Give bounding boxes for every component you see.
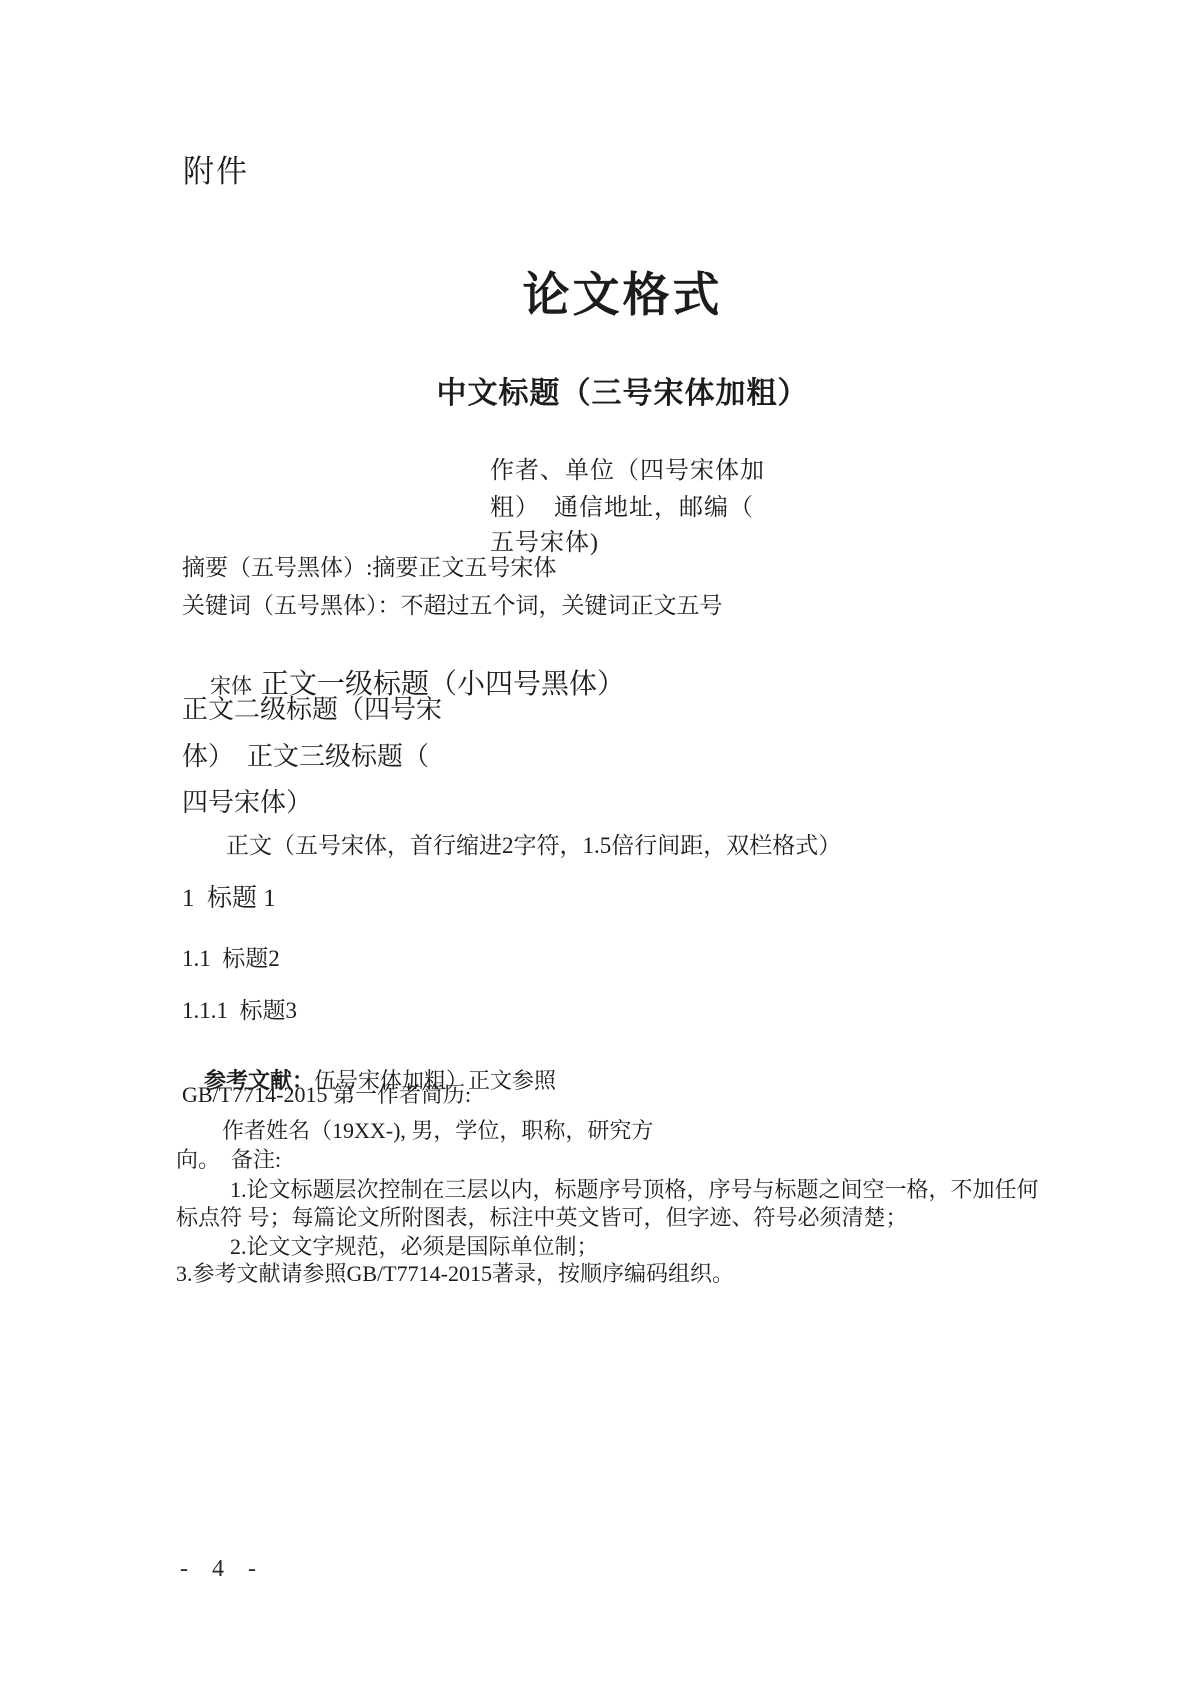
document-page: 附件 论文格式 中文标题（三号宋体加粗） 作者、单位（四号宋体加 粗） 通信地址…: [0, 0, 1200, 1697]
attachment-label: 附件: [183, 146, 249, 191]
level2-heading-line-1: 正文二级标题（四号宋: [182, 689, 442, 726]
gb-standard-line: GB/T7714-2015 第一作者简历:: [182, 1078, 471, 1109]
level2-heading-line-2: 体） 正文三级标题（: [182, 736, 429, 773]
author-block-line-1: 作者、单位（四号宋体加: [490, 450, 765, 485]
document-title: 论文格式: [40, 258, 1200, 325]
body-text-format-note: 正文（五号宋体，首行缩进2字符，1.5倍行间距，双栏格式）: [226, 827, 841, 860]
chinese-title-sample: 中文标题（三号宋体加粗）: [40, 368, 1200, 412]
author-bio-line-1: 作者姓名（19XX-), 男，学位，职称，研究方: [222, 1114, 653, 1145]
section-heading-1-1: 1.1 标题2: [182, 940, 280, 973]
author-bio-line-2: 向。 备注:: [176, 1143, 281, 1174]
page-number: - 4 -: [180, 1556, 265, 1583]
note-item-3: 3.参考文献请参照GB/T7714-2015著录，按顺序编码组织。: [176, 1257, 734, 1288]
keywords-format-line: 关键词（五号黑体）：不超过五个词，关键词正文五号: [182, 587, 723, 620]
section-heading-1-1-1: 1.1.1 标题3: [182, 992, 297, 1025]
level2-heading-line-3: 四号宋体）: [182, 782, 312, 819]
section-heading-1: 1 标题 1: [182, 878, 276, 914]
author-block-line-2: 粗） 通信地址，邮编（: [490, 487, 754, 522]
note-item-1-continued: 标点符 号；每篇论文所附图表，标注中英文皆可，但字迹、符号必须清楚；: [176, 1201, 908, 1232]
note-item-1: 1.论文标题层次控制在三层以内，标题序号顶格，序号与标题之间空一格，不加任何: [230, 1173, 1039, 1204]
abstract-format-line: 摘要（五号黑体）:摘要正文五号宋体: [182, 549, 556, 582]
